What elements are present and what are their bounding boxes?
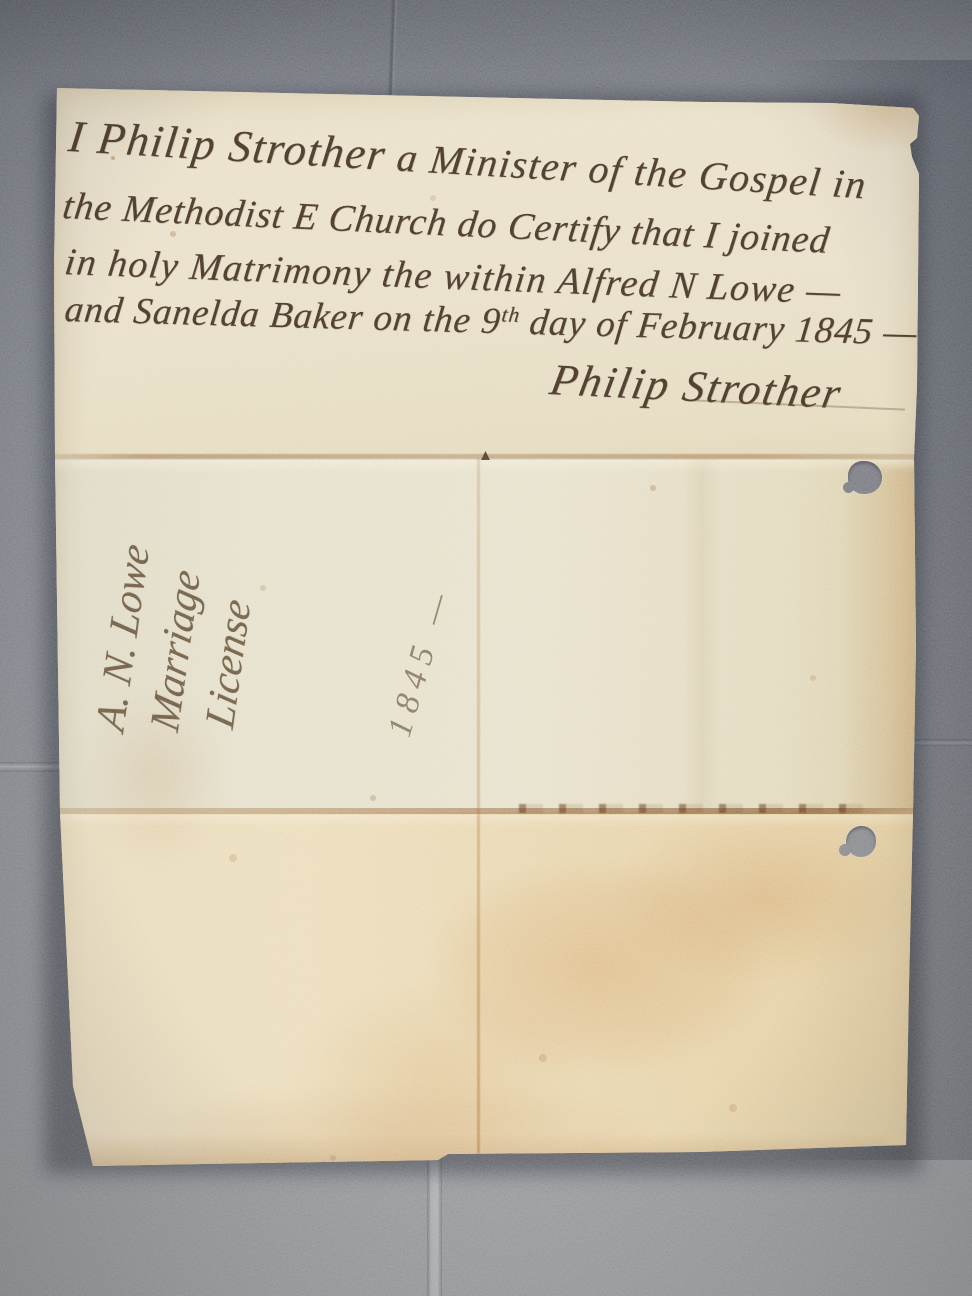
document-photo: I Philip Strother a Minister of the Gosp… — [0, 0, 972, 1296]
paper-edge-shading — [53, 86, 923, 1170]
marriage-certificate-paper: I Philip Strother a Minister of the Gosp… — [53, 86, 923, 1170]
